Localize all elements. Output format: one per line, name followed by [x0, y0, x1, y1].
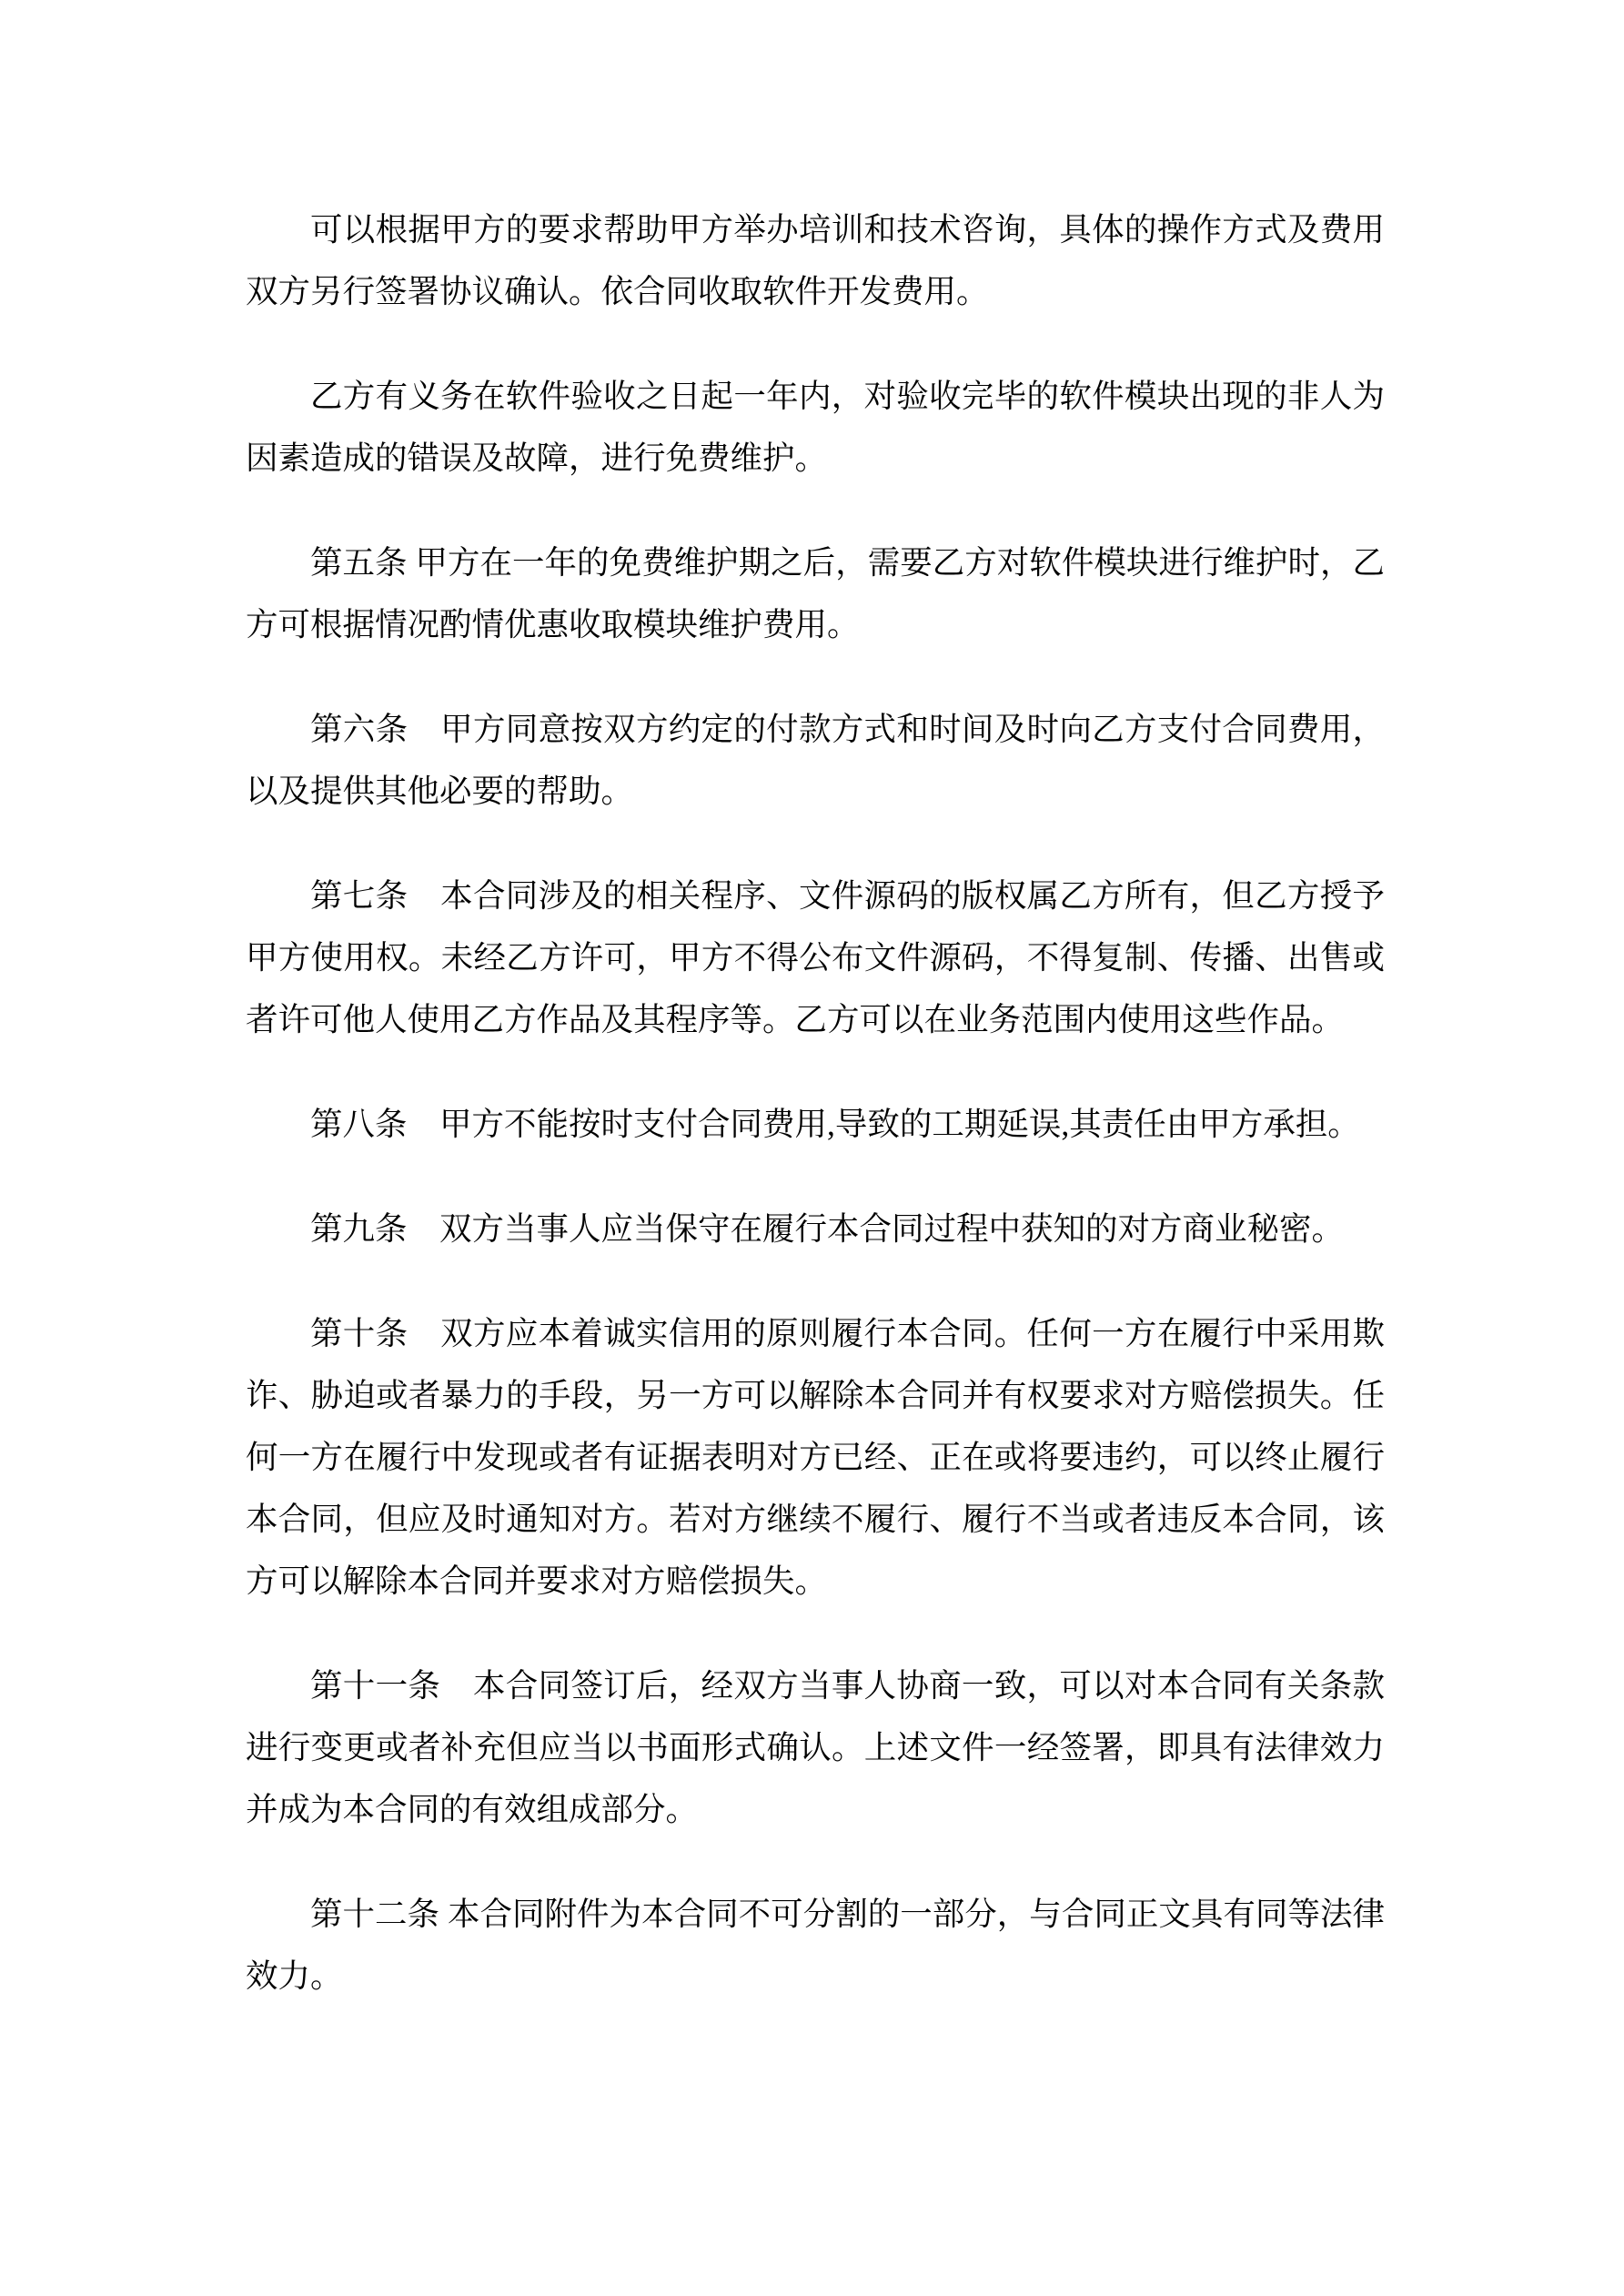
paragraph-clause-7: 第七条 本合同涉及的相关程序、文件源码的版权属乙方所有，但乙方授予甲方使用权。未… — [246, 865, 1385, 1050]
paragraph-clause-10: 第十条 双方应本着诚实信用的原则履行本合同。任何一方在履行中采用欺诈、胁迫或者暴… — [246, 1302, 1385, 1612]
paragraph-clause-9: 第九条 双方当事人应当保守在履行本合同过程中获知的对方商业秘密。 — [246, 1198, 1385, 1259]
paragraph-clause-5: 第五条 甲方在一年的免费维护期之后，需要乙方对软件模块进行维护时，乙方可根据情况… — [246, 531, 1385, 655]
paragraph-clause-11: 第十一条 本合同签订后，经双方当事人协商一致，可以对本合同有关条款进行变更或者补… — [246, 1654, 1385, 1840]
document-page: 可以根据甲方的要求帮助甲方举办培训和技术咨询，具体的操作方式及费用双方另行签署协… — [0, 0, 1624, 2296]
paragraph-clause-12: 第十二条 本合同附件为本合同不可分割的一部分，与合同正文具有同等法律效力。 — [246, 1883, 1385, 2007]
paragraph-clause-6: 第六条 甲方同意按双方约定的付款方式和时间及时向乙方支付合同费用，以及提供其他必… — [246, 698, 1385, 822]
paragraph-clause-8: 第八条 甲方不能按时支付合同费用,导致的工期延误,其责任由甲方承担。 — [246, 1093, 1385, 1155]
paragraph-clause-4-continuation-b: 乙方有义务在软件验收之日起一年内，对验收完毕的软件模块出现的非人为因素造成的错误… — [246, 365, 1385, 489]
paragraph-clause-4-continuation-a: 可以根据甲方的要求帮助甲方举办培训和技术咨询，具体的操作方式及费用双方另行签署协… — [246, 198, 1385, 322]
